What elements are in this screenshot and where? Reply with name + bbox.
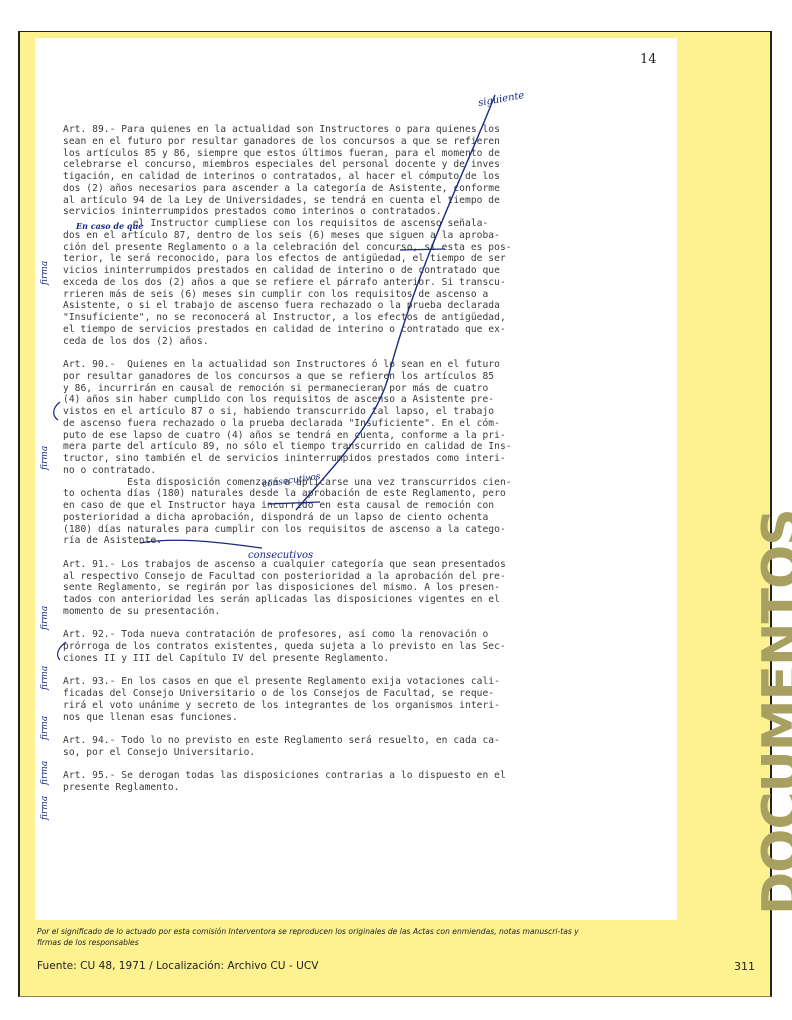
article-paragraph: Art. 93.- En los casos en que el present…: [63, 676, 623, 723]
typed-line: tructor, sino también el de servicios in…: [63, 453, 623, 465]
typed-line: tigación, en calidad de interinos o cont…: [63, 171, 623, 183]
typed-line: Art. 95.- Se derogan todas las disposici…: [63, 770, 623, 782]
typed-line: no o contratado.: [63, 465, 623, 477]
typed-line: Art. 91.- Los trabajos de ascenso a cual…: [63, 559, 623, 571]
page-number: 311: [734, 960, 755, 973]
article-paragraph: Art. 91.- Los trabajos de ascenso a cual…: [63, 559, 623, 618]
typed-line: ciones II y III del Capítulo IV del pres…: [63, 653, 623, 665]
typed-line: ría de Asistente.: [63, 535, 623, 547]
typed-line: puto de ese lapso de cuatro (4) años se …: [63, 430, 623, 442]
margin-signature-5: firma: [40, 716, 50, 740]
typed-line: nos que llenan esas funciones.: [63, 712, 623, 724]
typed-line: vicios ininterrumpidos prestados en cali…: [63, 265, 623, 277]
typed-line: to ochenta días (180) naturales desde la…: [63, 488, 623, 500]
typed-line: los artículos 85 y 86, siempre que estos…: [63, 148, 623, 160]
typed-document-text: Art. 89.- Para quienes en la actualidad …: [63, 124, 623, 806]
typed-line: celebrarse el concurso, miembros especia…: [63, 159, 623, 171]
margin-signature-1: firma: [40, 261, 50, 285]
handwritten-page-number: 14: [640, 52, 657, 67]
typed-line: ficadas del Consejo Universitario o de l…: [63, 688, 623, 700]
typed-line: de ascenso fuera rechazado o la prueba d…: [63, 418, 623, 430]
typed-line: ceda de los dos (2) años.: [63, 336, 623, 348]
typed-line: rrieren más de seis (6) meses sin cumpli…: [63, 289, 623, 301]
typed-line: el tiempo de servicios prestados en cali…: [63, 324, 623, 336]
typed-line: sean en el futuro por resultar ganadores…: [63, 136, 623, 148]
typed-line: en caso de que el Instructor haya incurr…: [63, 500, 623, 512]
margin-signature-2: firma: [40, 446, 50, 470]
article-paragraph: Art. 92.- Toda nueva contratación de pro…: [63, 629, 623, 664]
margin-signature-7: firma: [40, 796, 50, 820]
margin-signature-6: firma: [40, 761, 50, 785]
article-paragraph: Art. 89.- Para quienes en la actualidad …: [63, 124, 623, 347]
article-paragraph: Art. 90.- Quienes en la actualidad son I…: [63, 359, 623, 547]
annotation-insert: En caso de que: [76, 221, 143, 231]
typed-line: al artículo 94 de la Ley de Universidade…: [63, 195, 623, 207]
typed-line: Art. 89.- Para quienes en la actualidad …: [63, 124, 623, 136]
typed-line: al respectivo Consejo de Facultad con po…: [63, 571, 623, 583]
typed-line: Art. 93.- En los casos en que el present…: [63, 676, 623, 688]
typed-line: ción del presente Reglamento o a la cele…: [63, 242, 623, 254]
typed-line: el Instructor cumpliese con los requisit…: [63, 218, 623, 230]
margin-signature-3: firma: [40, 606, 50, 630]
typed-line: so, por el Consejo Universitario.: [63, 747, 623, 759]
typed-line: Art. 90.- Quienes en la actualidad son I…: [63, 359, 623, 371]
typed-line: tados con anterioridad les serán aplicad…: [63, 594, 623, 606]
annotation-consecutivos-2: consecutivos: [248, 550, 313, 561]
typed-line: (180) días naturales para cumplir con lo…: [63, 524, 623, 536]
typed-line: y 86, incurrirán en causal de remoción s…: [63, 383, 623, 395]
typed-line: momento de su presentación.: [63, 606, 623, 618]
typed-line: Art. 92.- Toda nueva contratación de pro…: [63, 629, 623, 641]
typed-line: (4) años sin haber cumplido con los requ…: [63, 394, 623, 406]
typed-line: exceda de los dos (2) años a que se refi…: [63, 277, 623, 289]
source-line: Fuente: CU 48, 1971 / Localización: Arch…: [37, 960, 319, 972]
typed-line: servicios ininterrumpidos prestados como…: [63, 206, 623, 218]
typed-line: sente Reglamento, se regirán por las dis…: [63, 582, 623, 594]
article-paragraph: Art. 94.- Todo lo no previsto en este Re…: [63, 735, 623, 759]
margin-signature-4: firma: [40, 666, 50, 690]
typed-line: dos (2) años necesarios para ascender a …: [63, 183, 623, 195]
typed-line: rirá el voto unánime y secreto de los in…: [63, 700, 623, 712]
article-paragraph: Art. 95.- Se derogan todas las disposici…: [63, 770, 623, 794]
figure-caption: Por el significado de lo actuado por est…: [37, 927, 597, 948]
section-label: DOCUMENTOS: [760, 509, 792, 915]
typed-line: mera parte del artículo 89, no sólo el t…: [63, 441, 623, 453]
typed-line: terior, le será reconocido, para los efe…: [63, 253, 623, 265]
typed-line: prórroga de los contratos existentes, qu…: [63, 641, 623, 653]
typed-line: posterioridad a dicha aprobación, dispon…: [63, 512, 623, 524]
typed-line: Esta disposición comenzará a aplicarse u…: [63, 477, 623, 489]
typed-line: Art. 94.- Todo lo no previsto en este Re…: [63, 735, 623, 747]
typed-line: presente Reglamento.: [63, 782, 623, 794]
typed-line: Asistente, o si el trabajo de ascenso fu…: [63, 300, 623, 312]
typed-line: "Insuficiente", no se reconocerá al Inst…: [63, 312, 623, 324]
typed-line: dos en el artículo 87, dentro de los sei…: [63, 230, 623, 242]
typed-line: por resultar ganadores de los concursos …: [63, 371, 623, 383]
typed-line: vistos en el artículo 87 o si, habiendo …: [63, 406, 623, 418]
